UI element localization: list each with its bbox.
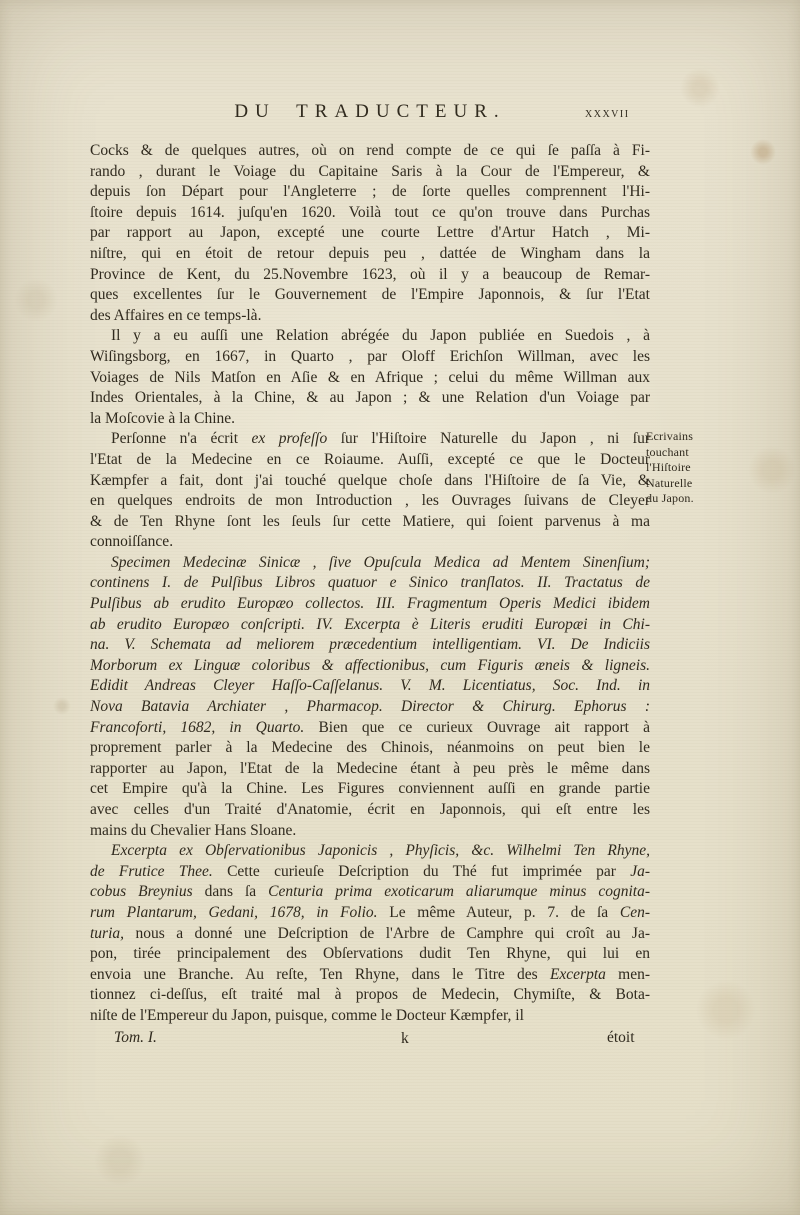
text-line: Kæmpfer a fait, dont j'ai touché quelque… (90, 471, 650, 492)
text-segment: niſte de l'Empereur du Japon, puisque, c… (90, 1007, 524, 1024)
italic-text-segment: cobus Breynius (90, 883, 193, 900)
text-segment: Bien que ce curieux Ouvrage ait rapport … (304, 719, 650, 736)
italic-text-segment: Francoforti, 1682, in Quarto. (90, 719, 304, 736)
catchword: étoit (607, 1029, 635, 1047)
text-segment: rapporter au Japon, l'Etat de la Medecin… (90, 760, 650, 777)
italic-text-segment: na. V. Schemata ad meliorem præcedentium… (90, 636, 650, 653)
text-segment: Le même Auteur, p. 7. de ſa (378, 904, 620, 921)
text-segment: rando , durant le Voiage du Capitaine Sa… (90, 163, 650, 180)
text-segment: par rapport au Japon, excepté une courte… (90, 224, 650, 241)
margin-note-line: Naturelle (646, 476, 722, 492)
text-line: de Frutice Thee. Cette curieuſe Deſcript… (90, 862, 650, 883)
text-line: Pulſibus ab erudito Europæo collectos. I… (90, 594, 650, 615)
italic-text-segment: Nova Batavia Archiater , Pharmacop. Dire… (90, 698, 650, 715)
text-line: cobus Breynius dans ſa Centuria prima ex… (90, 882, 650, 903)
text-line: ſtoire depuis 1614. juſqu'en 1620. Voilà… (90, 203, 650, 224)
italic-text-segment: Cen- (620, 904, 650, 921)
margin-note: Ecrivainstouchantl'HiſtoireNaturelledu J… (646, 429, 722, 507)
text-line: rum Plantarum, Gedani, 1678, in Folio. L… (90, 903, 650, 924)
book-page: DU TRADUCTEUR. xxxvii Cocks & de quelque… (0, 0, 800, 1215)
text-line: & de Ten Rhyne ſont les ſeuls ſur cette … (90, 512, 650, 533)
italic-text-segment: Excerpta (550, 966, 606, 983)
text-line: niſte de l'Empereur du Japon, puisque, c… (90, 1006, 650, 1027)
text-line: Il y a eu auſſi une Relation abrégée du … (90, 326, 650, 347)
italic-text-segment: Pulſibus ab erudito Europæo collectos. I… (90, 595, 650, 612)
text-segment: avec celles d'un Traité d'Anatomie, écri… (90, 801, 650, 818)
text-line: Excerpta ex Obſervationibus Japonicis , … (90, 841, 650, 862)
text-line: Specimen Medecinæ Sinicæ , ſive Opuſcula… (90, 553, 650, 574)
text-segment: dans ſa (193, 883, 269, 900)
italic-text-segment: Edidit Andreas Cleyer Haſſo-Caſſelanus. … (90, 677, 650, 694)
page-number: xxxvii (585, 106, 630, 122)
italic-text-segment: Specimen Medecinæ Sinicæ , ſive Opuſcula… (111, 554, 650, 571)
text-segment: la Moſcovie à la Chine. (90, 410, 235, 427)
text-line: na. V. Schemata ad meliorem præcedentium… (90, 635, 650, 656)
text-line: l'Etat de la Medecine en ce Roiaume. Auſ… (90, 450, 650, 471)
signature-mark: k (401, 1030, 409, 1048)
text-segment: ſtoire depuis 1614. juſqu'en 1620. Voilà… (90, 204, 650, 221)
text-segment: Kæmpfer a fait, dont j'ai touché quelque… (90, 472, 650, 489)
italic-text-segment: Excerpta ex Obſervationibus Japonicis , … (111, 842, 650, 859)
margin-note-line: l'Hiſtoire (646, 460, 722, 476)
text-line: Perſonne n'a écrit ex profeſſo ſur l'Hiſ… (90, 429, 650, 450)
text-segment: l'Etat de la Medecine en ce Roiaume. Auſ… (90, 451, 650, 468)
italic-text-segment: turia, (90, 925, 124, 942)
text-line: en quelques endroits de mon Introduction… (90, 491, 650, 512)
text-segment: Il y a eu auſſi une Relation abrégée du … (111, 327, 650, 344)
text-block: Cocks & de quelques autres, où on rend c… (90, 141, 650, 1027)
text-segment: Province de Kent, du 25.Novembre 1623, o… (90, 266, 650, 283)
italic-text-segment: Centuria prima exoticarum aliarumque min… (268, 883, 650, 900)
text-segment: depuis ſon Départ pour l'Angleterre ; de… (90, 183, 650, 200)
text-line: Cocks & de quelques autres, où on rend c… (90, 141, 650, 162)
margin-note-line: du Japon. (646, 491, 722, 507)
text-line: Nova Batavia Archiater , Pharmacop. Dire… (90, 697, 650, 718)
text-segment: ſur l'Hiſtoire Naturelle du Japon , ni ſ… (327, 430, 650, 447)
text-line: Voiages de Nils Matſon en Aſie & en Afri… (90, 368, 650, 389)
text-line: rando , durant le Voiage du Capitaine Sa… (90, 162, 650, 183)
text-line: Francoforti, 1682, in Quarto. Bien que c… (90, 718, 650, 739)
text-segment: en quelques endroits de mon Introduction… (90, 492, 650, 509)
text-line: cet Empire qu'à la Chine. Les Figures co… (90, 779, 650, 800)
text-line: turia, nous a donné une Deſcription de l… (90, 924, 650, 945)
text-line: depuis ſon Départ pour l'Angleterre ; de… (90, 182, 650, 203)
text-segment: niſtre, qui en étoit de retour depuis pe… (90, 245, 650, 262)
text-segment: men- (606, 966, 650, 983)
text-line: Indes Orientales, à la Chine, & au Japon… (90, 388, 650, 409)
text-segment: Cocks & de quelques autres, où on rend c… (90, 142, 650, 159)
text-segment: Wiſingsborg, en 1667, in Quarto , par Ol… (90, 348, 650, 365)
text-line: connoiſſance. (90, 532, 650, 553)
margin-note-line: touchant (646, 445, 722, 461)
italic-text-segment: Morborum ex Linguæ coloribus & affection… (90, 657, 650, 674)
text-segment: proprement parler à la Medecine des Chin… (90, 739, 650, 756)
text-line: avec celles d'un Traité d'Anatomie, écri… (90, 800, 650, 821)
text-line: Morborum ex Linguæ coloribus & affection… (90, 656, 650, 677)
text-line: ques excellentes ſur le Gouvernement de … (90, 285, 650, 306)
text-line: niſtre, qui en étoit de retour depuis pe… (90, 244, 650, 265)
text-line: pon, tirée principalement des Obſervatio… (90, 944, 650, 965)
text-segment: pon, tirée principalement des Obſervatio… (90, 945, 650, 962)
italic-text-segment: Ja- (630, 863, 650, 880)
italic-text-segment: de Frutice Thee. (90, 863, 213, 880)
text-segment: cet Empire qu'à la Chine. Les Figures co… (90, 780, 650, 797)
text-line: par rapport au Japon, excepté une courte… (90, 223, 650, 244)
text-segment: tionnez ci-deſſus, eſt traité mal à prop… (90, 986, 650, 1003)
text-segment: envoia une Branche. Au reſte, Ten Rhyne,… (90, 966, 550, 983)
text-segment: Indes Orientales, à la Chine, & au Japon… (90, 389, 650, 406)
text-line: la Moſcovie à la Chine. (90, 409, 650, 430)
text-segment: Perſonne n'a écrit (111, 430, 251, 447)
text-segment: nous a donné une Deſcription de l'Arbre … (124, 925, 650, 942)
text-segment: connoiſſance. (90, 533, 173, 550)
text-line: des Affaires en ce temps-là. (90, 306, 650, 327)
text-segment: & de Ten Rhyne ſont les ſeuls ſur cette … (90, 513, 650, 530)
text-line: Wiſingsborg, en 1667, in Quarto , par Ol… (90, 347, 650, 368)
text-line: tionnez ci-deſſus, eſt traité mal à prop… (90, 985, 650, 1006)
text-line: Edidit Andreas Cleyer Haſſo-Caſſelanus. … (90, 676, 650, 697)
text-segment: des Affaires en ce temps-là. (90, 307, 261, 324)
italic-text-segment: rum Plantarum, Gedani, 1678, in Folio. (90, 904, 378, 921)
text-line: envoia une Branche. Au reſte, Ten Rhyne,… (90, 965, 650, 986)
margin-note-line: Ecrivains (646, 429, 722, 445)
italic-text-segment: continens I. de Pulſibus Libros quatuor … (90, 574, 650, 591)
text-segment: mains du Chevalier Hans Sloane. (90, 822, 296, 839)
text-line: Province de Kent, du 25.Novembre 1623, o… (90, 265, 650, 286)
text-line: continens I. de Pulſibus Libros quatuor … (90, 573, 650, 594)
text-segment: Voiages de Nils Matſon en Aſie & en Afri… (90, 369, 650, 386)
italic-text-segment: ab erudito Europæo conſcripti. IV. Excer… (90, 616, 650, 633)
text-segment: ques excellentes ſur le Gouvernement de … (90, 286, 650, 303)
text-line: rapporter au Japon, l'Etat de la Medecin… (90, 759, 650, 780)
tome-label: Tom. I. (114, 1029, 157, 1047)
text-line: mains du Chevalier Hans Sloane. (90, 821, 650, 842)
text-line: ab erudito Europæo conſcripti. IV. Excer… (90, 615, 650, 636)
text-segment: Cette curieuſe Deſcription du Thé fut im… (213, 863, 630, 880)
text-line: proprement parler à la Medecine des Chin… (90, 738, 650, 759)
running-title: DU TRADUCTEUR. (90, 101, 650, 123)
italic-text-segment: ex profeſſo (251, 430, 327, 447)
